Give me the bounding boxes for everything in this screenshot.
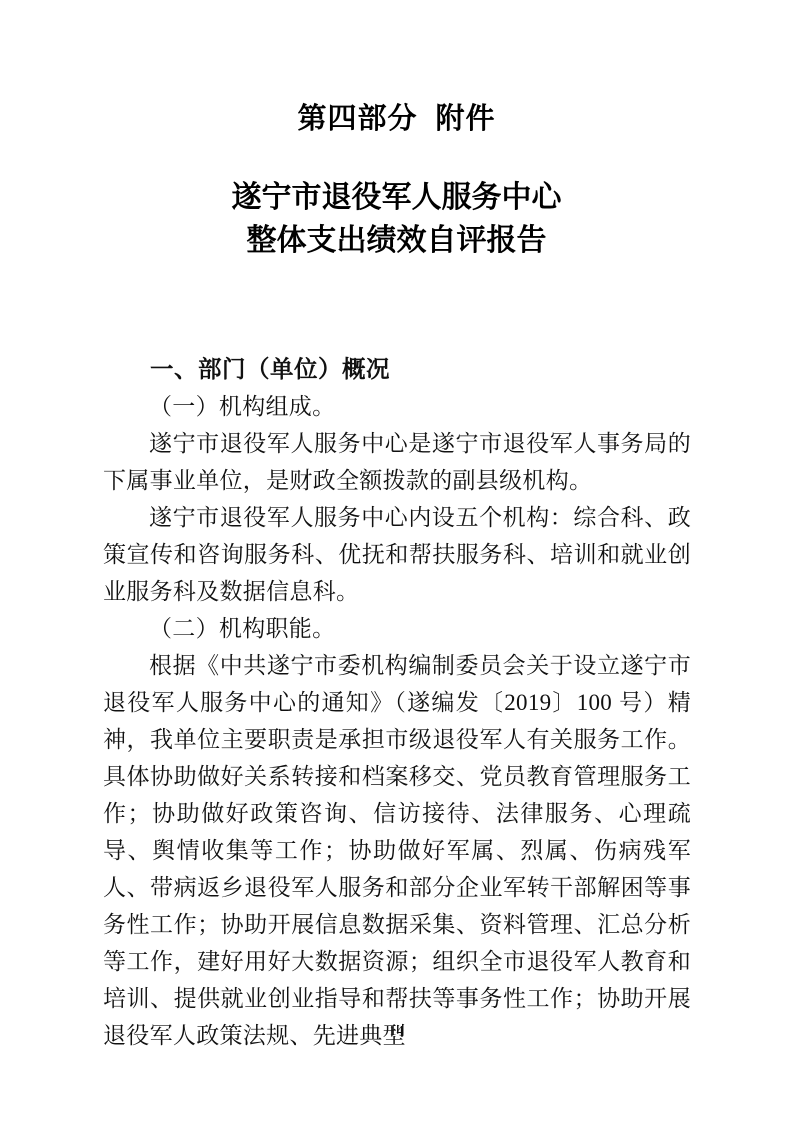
paragraph-internal-departments: 遂宁市退役军人服务中心内设五个机构：综合科、政策宣传和咨询服务科、优抚和帮扶服务…: [103, 499, 691, 610]
subsection-heading-org-functions: （二）机构职能。: [103, 610, 691, 647]
section-heading-department-overview: 一、部门（单位）概况: [103, 351, 691, 388]
paragraph-org-composition: 遂宁市退役军人服务中心是遂宁市退役军人事务局的下属事业单位，是财政全额拨款的副县…: [103, 425, 691, 499]
page-number: 14: [0, 1024, 793, 1040]
title-line-2: 整体支出绩效自评报告: [0, 219, 793, 262]
paragraph-org-functions: 根据《中共遂宁市委机构编制委员会关于设立遂宁市退役军人服务中心的通知》（遂编发〔…: [103, 647, 691, 1054]
document-title: 遂宁市退役军人服务中心 整体支出绩效自评报告: [0, 176, 793, 262]
title-line-1: 遂宁市退役军人服务中心: [0, 176, 793, 219]
document-body: 一、部门（单位）概况 （一）机构组成。 遂宁市退役军人服务中心是遂宁市退役军人事…: [103, 351, 691, 1054]
document-page: 第四部分 附件 遂宁市退役军人服务中心 整体支出绩效自评报告 一、部门（单位）概…: [0, 0, 793, 1122]
part-heading: 第四部分 附件: [0, 96, 793, 137]
subsection-heading-org-composition: （一）机构组成。: [103, 388, 691, 425]
